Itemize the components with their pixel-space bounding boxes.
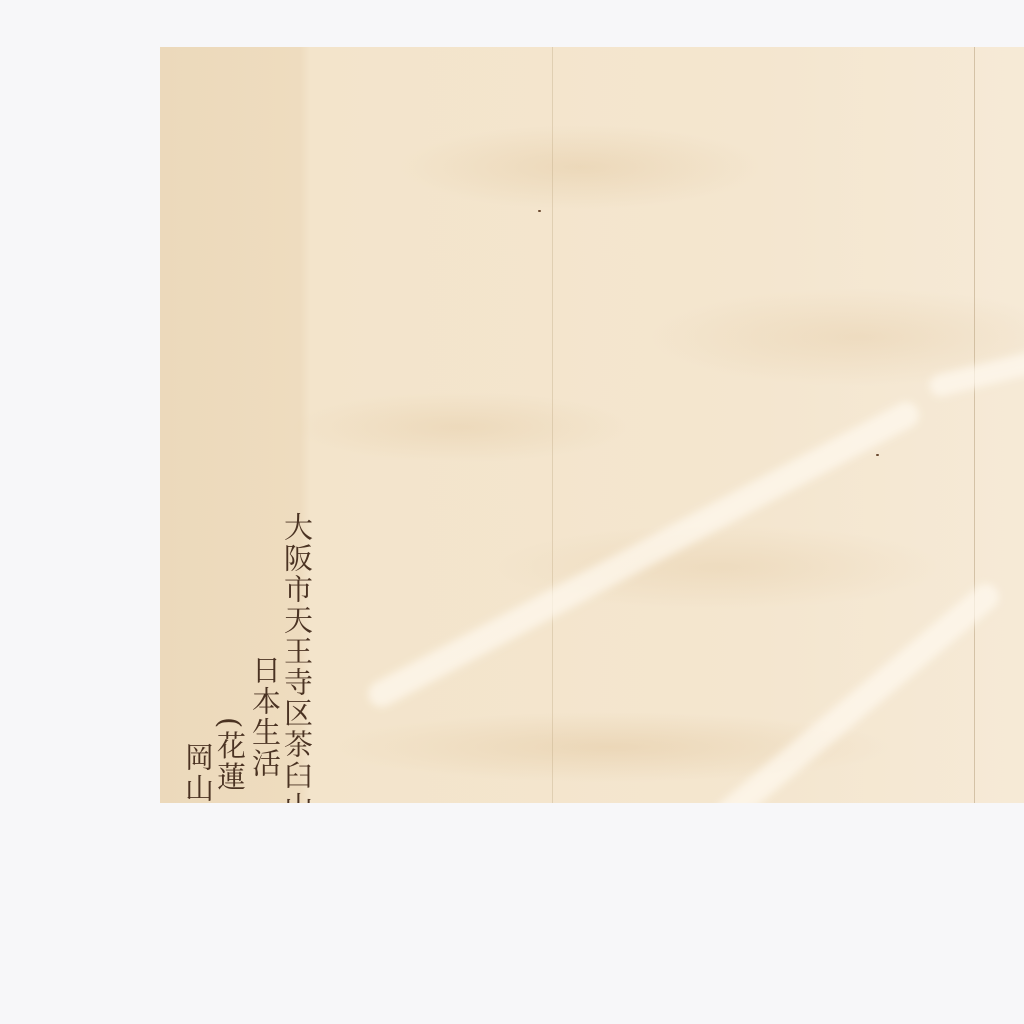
- ink-speck: [538, 210, 541, 212]
- light-streak: [364, 397, 924, 711]
- fold-line: [974, 47, 975, 803]
- light-streak: [712, 579, 1004, 803]
- ink-speck: [876, 454, 879, 456]
- fold-line: [552, 47, 553, 803]
- address-line-2: 日本生活: [250, 655, 279, 779]
- address-line-3: (花蓮: [215, 717, 244, 792]
- address-line-4: 岡山県: [183, 742, 212, 803]
- aged-paper-sheet: 大阪市天王寺区茶臼山大阪 日本生活 (花蓮 岡山県: [160, 47, 1024, 803]
- address-line-1: 大阪市天王寺区茶臼山大阪: [282, 512, 311, 803]
- light-streak: [927, 343, 1024, 398]
- paper-clip: 大阪市天王寺区茶臼山大阪 日本生活 (花蓮 岡山県: [160, 47, 1024, 803]
